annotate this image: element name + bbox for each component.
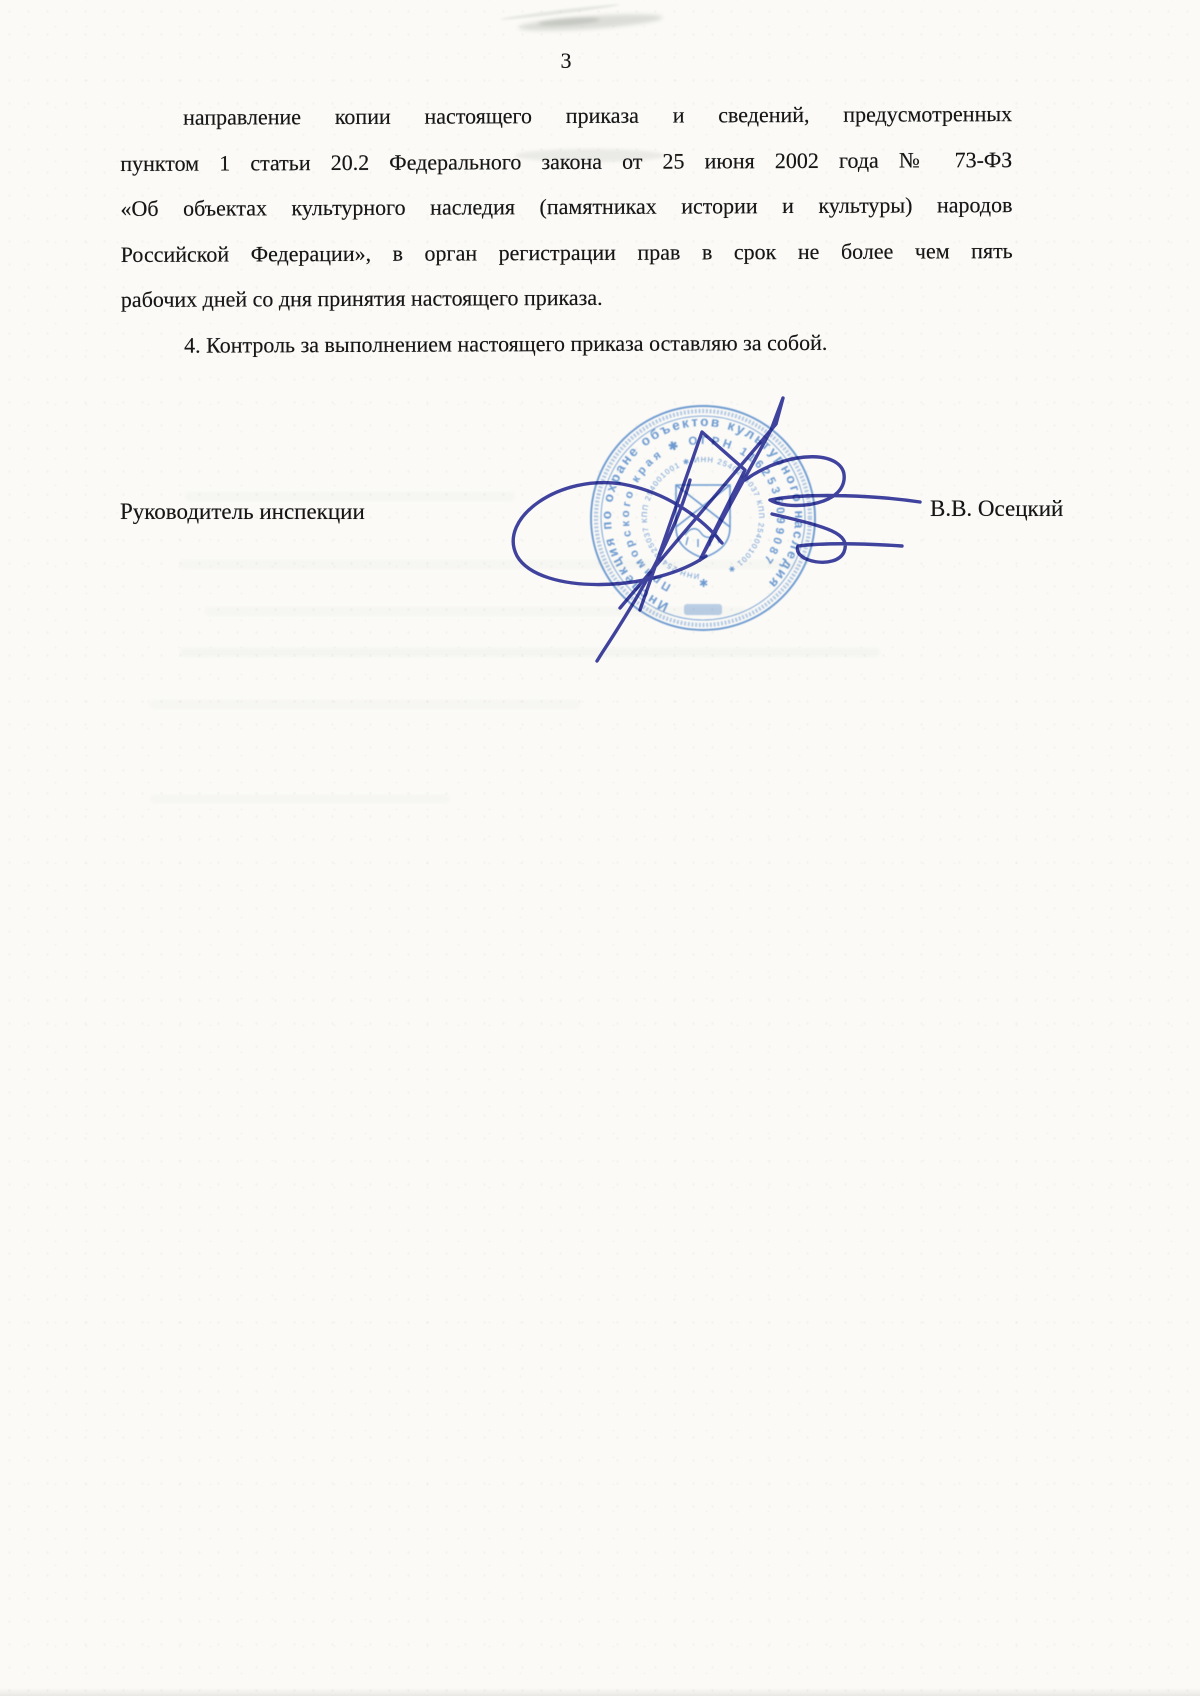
body-line: Российской Федерации», в орган регистрац…: [121, 228, 1013, 277]
scanned-page: 3 направление копии настоящего приказа и…: [0, 0, 1200, 1696]
signature-stroke: [772, 514, 902, 562]
body-line: «Об объектах культурного наследия (памят…: [120, 182, 1012, 231]
page-number: 3: [120, 48, 1012, 74]
body-line: пунктом 1 статьи 20.2 Федерального закон…: [120, 137, 1012, 186]
bleed-through-ghost: [150, 795, 450, 803]
body-line: рабочих дней со дня принятия настоящего …: [121, 273, 1013, 322]
signature-stroke: [745, 457, 920, 506]
body-line: направление копии настоящего приказа и с…: [120, 91, 1012, 140]
signature-stroke: [620, 398, 783, 610]
document-body: направление копии настоящего приказа и с…: [120, 91, 1013, 368]
body-line: 4. Контроль за выполнением настоящего пр…: [121, 319, 1013, 368]
signature-stroke: [513, 483, 722, 585]
signer-name: В.В. Осецкий: [930, 496, 1063, 522]
signer-position-title: Руководитель инспекции: [120, 499, 365, 525]
handwritten-signature: [490, 380, 950, 680]
signature-graphic: [490, 380, 950, 680]
bleed-through-ghost: [150, 700, 580, 709]
